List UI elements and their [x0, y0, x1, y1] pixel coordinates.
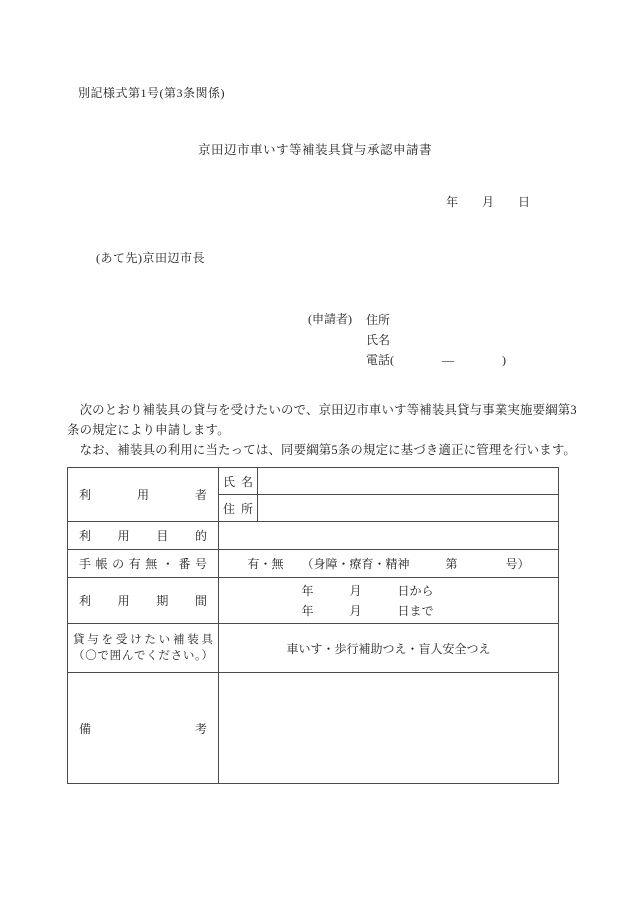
- applicant-phone-line: 電話( ― ): [366, 350, 506, 370]
- device-value-cell: 車いす・歩行補助つえ・盲人安全つえ: [219, 624, 558, 673]
- addressee-line: (あて先)京田辺市長: [96, 249, 205, 266]
- form-number: 別記様式第1号(第3条関係): [78, 84, 225, 101]
- user-label-cell: 利用者: [68, 468, 219, 522]
- device-value: 車いす・歩行補助つえ・盲人安全つえ: [286, 640, 490, 657]
- remarks-value-cell: [219, 673, 558, 783]
- applicant-block: (申請者) 住所 氏名 電話( ― ): [308, 310, 506, 370]
- user-address-label: 住 所: [219, 500, 257, 517]
- device-label-line2: （〇で囲んでください。）: [68, 648, 218, 664]
- period-value-cell: 年 月 日から 年 月 日まで: [219, 578, 558, 624]
- body-line: なお、補装具の利用に当たっては、同要綱第5条の規定に基づき適正に管理を行います。: [67, 440, 587, 460]
- applicant-fields: 住所 氏名 電話( ― ): [366, 310, 506, 370]
- body-line: 条の規定により申請します。: [67, 420, 587, 440]
- date-line: 年 月 日: [446, 193, 530, 210]
- device-label-line1: 貸与を受けたい補装具: [68, 632, 218, 648]
- period-label-cell: 利用期間: [68, 578, 219, 624]
- body-paragraph: 次のとおり補装具の貸与を受けたいので、京田辺市車いす等補装具貸与事業実施要綱第3…: [67, 400, 587, 460]
- application-form-page: 別記様式第1号(第3条関係) 京田辺市車いす等補装具貸与承認申請書 年 月 日 …: [0, 0, 630, 915]
- applicant-name-label: 氏名: [366, 330, 506, 350]
- applicant-heading: (申請者): [308, 310, 352, 327]
- period-to: 年 月 日まで: [301, 601, 433, 621]
- purpose-label-cell: 利用目的: [68, 522, 219, 550]
- notebook-value: 有・無 （身障・療育・精神 第 号）: [247, 555, 529, 572]
- application-table: 利用者 氏 名 住 所 利用目的 手帳の有無・番号 有・無 （身障・療育・精神 …: [67, 467, 559, 784]
- page-title: 京田辺市車いす等補装具貸与承認申請書: [0, 140, 630, 158]
- device-label-cell: 貸与を受けたい補装具 （〇で囲んでください。）: [68, 624, 219, 673]
- purpose-label: 利用目的: [68, 527, 218, 544]
- notebook-value-cell: 有・無 （身障・療育・精神 第 号）: [219, 550, 558, 578]
- purpose-value-cell: [219, 522, 558, 550]
- notebook-label-cell: 手帳の有無・番号: [68, 550, 219, 578]
- applicant-address-label: 住所: [366, 310, 506, 330]
- remarks-label-cell: 備考: [68, 673, 219, 783]
- body-line: 次のとおり補装具の貸与を受けたいので、京田辺市車いす等補装具貸与事業実施要綱第3: [67, 400, 587, 420]
- notebook-label: 手帳の有無・番号: [68, 555, 218, 572]
- period-label: 利用期間: [68, 592, 218, 609]
- user-address-value-cell: [258, 495, 558, 522]
- user-label: 利用者: [68, 486, 218, 503]
- user-name-label: 氏 名: [219, 473, 257, 490]
- user-name-value-cell: [258, 468, 558, 495]
- user-address-label-cell: 住 所: [219, 495, 258, 522]
- period-from: 年 月 日から: [301, 581, 433, 601]
- remarks-label: 備考: [68, 720, 218, 737]
- user-name-label-cell: 氏 名: [219, 468, 258, 495]
